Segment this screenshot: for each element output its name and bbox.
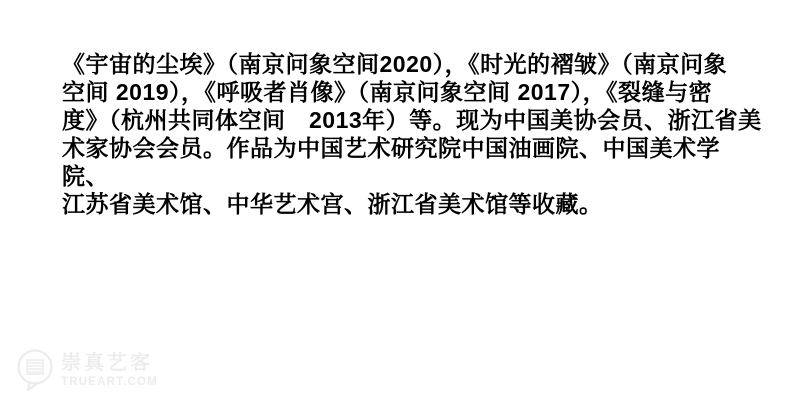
watermark-site: TRUEART.COM bbox=[61, 375, 158, 389]
watermark-brand: 崇真艺客 bbox=[61, 351, 158, 375]
speech-bubble-document-icon bbox=[16, 348, 54, 392]
page: 《宇宙的尘埃》（南京问象空间2020），《时光的褶皱》（南京问象 空间 2019… bbox=[0, 0, 800, 400]
artist-bio-text: 《宇宙的尘埃》（南京问象空间2020），《时光的褶皱》（南京问象 空间 2019… bbox=[62, 50, 762, 218]
watermark: 崇真艺客 TRUEART.COM bbox=[16, 348, 158, 392]
watermark-text: 崇真艺客 TRUEART.COM bbox=[61, 351, 158, 389]
